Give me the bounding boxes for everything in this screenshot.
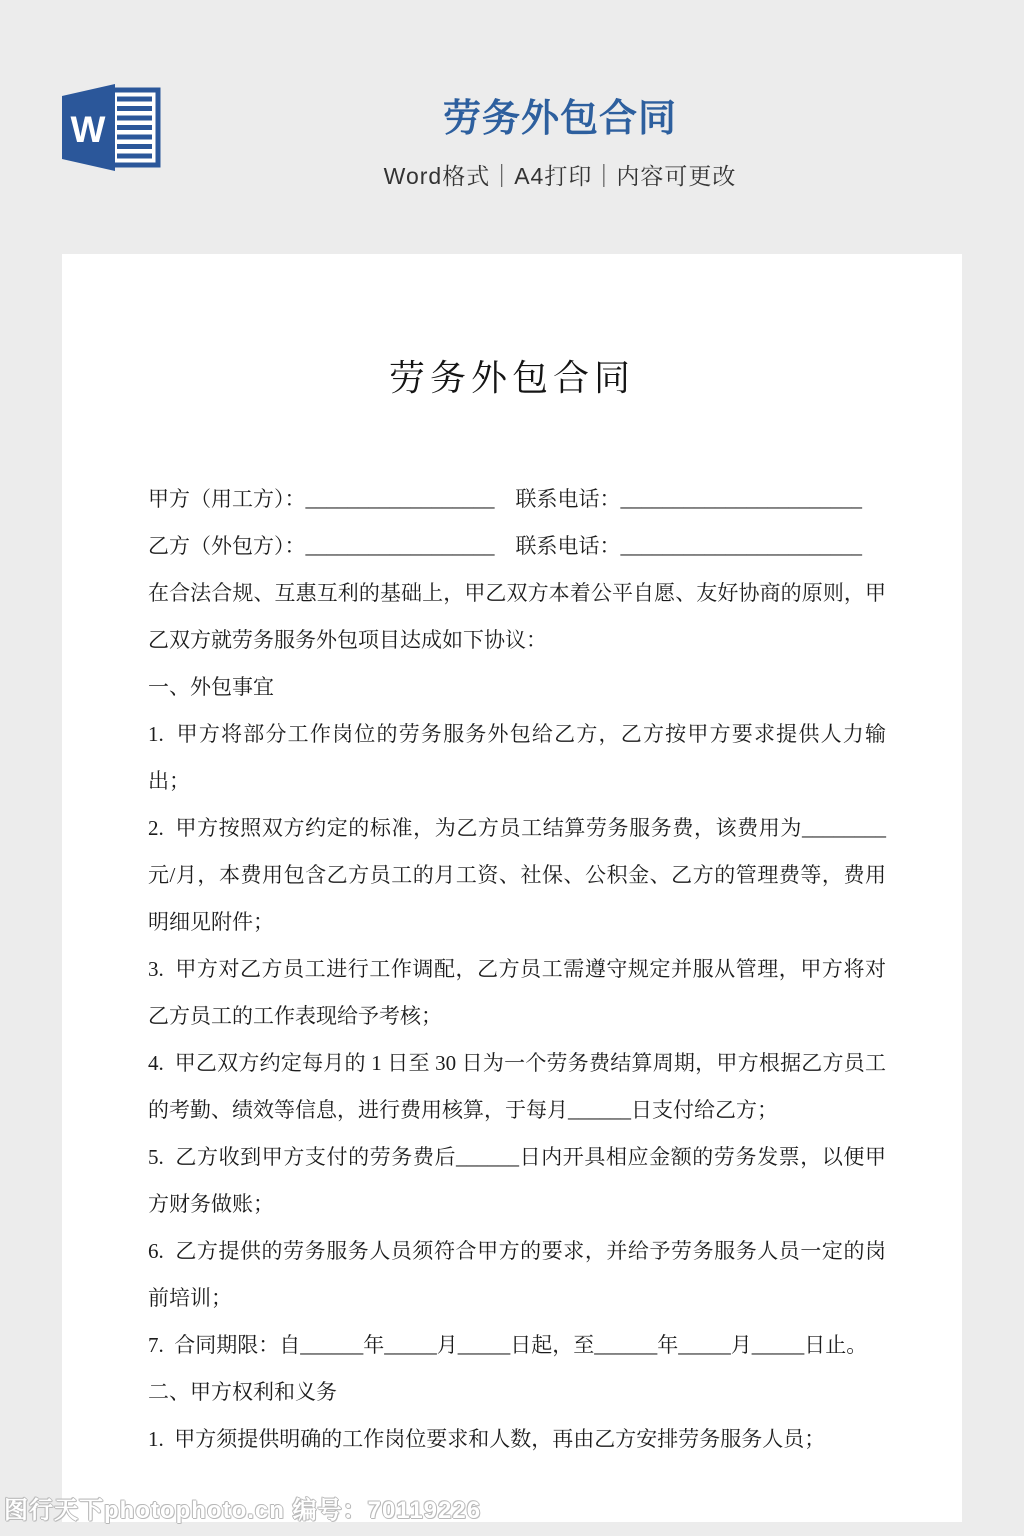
- template-banner: W 劳务外包合同 Word格式｜A4打印｜内容可更改: [0, 0, 1024, 254]
- template-subtitle: Word格式｜A4打印｜内容可更改: [160, 158, 960, 191]
- section-1-clause-1: 1. 甲方将部分工作岗位的劳务服务外包给乙方，乙方按甲方要求提供人力输出；: [148, 711, 886, 805]
- section-1-heading: 一、外包事宜: [148, 664, 886, 711]
- word-icon: W: [60, 82, 163, 173]
- stock-site-watermark: 图行天下photophoto.cn 编号：70119226: [4, 1490, 481, 1525]
- section-1-clause-5: 5. 乙方收到甲方支付的劳务费后______日内开具相应金额的劳务发票，以便甲方…: [148, 1134, 886, 1228]
- section-1-clause-7: 7. 合同期限：自______年_____月_____日起，至______年__…: [148, 1322, 886, 1369]
- party-a-line: 甲方（用工方）：__________________ 联系电话：________…: [148, 476, 886, 523]
- template-heading-block: 劳务外包合同 Word格式｜A4打印｜内容可更改: [160, 98, 960, 191]
- section-1-clause-2: 2. 甲方按照双方约定的标准，为乙方员工结算劳务服务费，该费用为________…: [148, 805, 886, 946]
- section-1-clause-6: 6. 乙方提供的劳务服务人员须符合甲方的要求，并给予劳务服务人员一定的岗前培训；: [148, 1228, 886, 1322]
- party-b-line: 乙方（外包方）：__________________ 联系电话：________…: [148, 523, 886, 570]
- section-1-clause-4: 4. 甲乙双方约定每月的 1 日至 30 日为一个劳务费结算周期，甲方根据乙方员…: [148, 1040, 886, 1134]
- section-2-heading: 二、甲方权利和义务: [148, 1369, 886, 1416]
- template-title: 劳务外包合同: [160, 98, 960, 140]
- document-body: 甲方（用工方）：__________________ 联系电话：________…: [148, 476, 886, 1463]
- section-1-clause-3: 3. 甲方对乙方员工进行工作调配，乙方员工需遵守规定并服从管理，甲方将对乙方员工…: [148, 946, 886, 1040]
- document-page: 劳务外包合同 甲方（用工方）：__________________ 联系电话：_…: [62, 254, 962, 1522]
- document-title: 劳务外包合同: [62, 352, 962, 404]
- word-icon-text-lines: [117, 99, 152, 156]
- section-2-clause-1: 1. 甲方须提供明确的工作岗位要求和人数，再由乙方安排劳务服务人员；: [148, 1416, 886, 1463]
- preamble: 在合法合规、互惠互利的基础上，甲乙双方本着公平自愿、友好协商的原则，甲乙双方就劳…: [148, 570, 886, 664]
- word-icon-letter: W: [71, 109, 106, 150]
